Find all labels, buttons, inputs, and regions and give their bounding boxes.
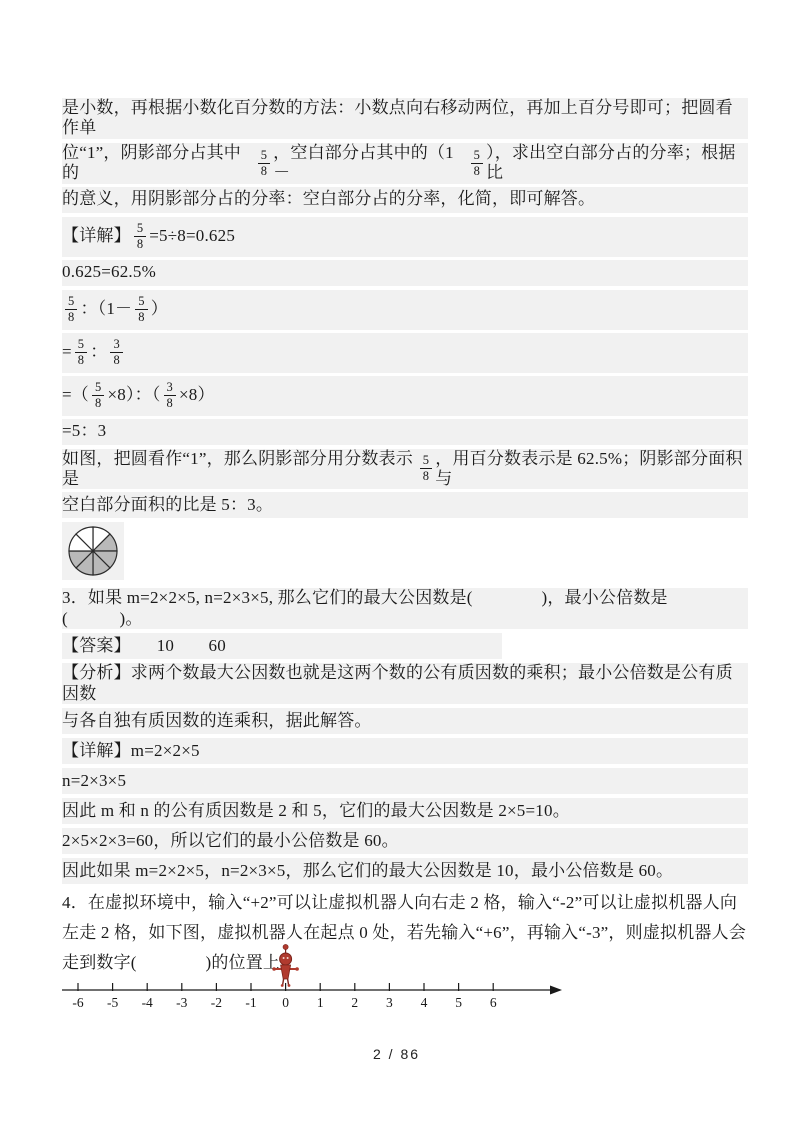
text-run: ： (90, 342, 107, 362)
fraction-numerator: 5 (75, 338, 87, 353)
fraction: 58 (65, 295, 77, 324)
fraction: 58 (92, 381, 104, 410)
text-run: =5÷8=0.625 (149, 226, 235, 246)
fraction-denominator: 8 (135, 310, 147, 324)
text-run: 是小数，再根据小数化百分数的方法：小数点向右移动两位，再加上百分号即可；把圆看作… (62, 98, 748, 139)
text-run: 空白部分面积的比是 5：3。 (62, 495, 273, 515)
page-footer: 2 / 86 (0, 1046, 793, 1062)
line-conclusion-q2-1: 如图，把圆看作“1”，那么阴影部分用分数表示是58，用百分数表示是 62.5%；… (62, 449, 748, 490)
fraction: 58 (75, 338, 87, 367)
tick-label: 6 (490, 995, 497, 1010)
line-detail-q2-6: =5：3 (62, 419, 748, 445)
pie-chart-icon (67, 525, 119, 577)
tick-label: 2 (351, 995, 358, 1010)
tick-label: 0 (282, 995, 289, 1010)
text-run: = (62, 342, 72, 362)
line-analysis-cont-1: 是小数，再根据小数化百分数的方法：小数点向右移动两位，再加上百分号即可；把圆看作… (62, 98, 748, 139)
fraction-numerator: 3 (164, 381, 176, 396)
tick-label: 4 (421, 995, 428, 1010)
tick-label: -6 (72, 995, 83, 1010)
tick-label: -5 (107, 995, 118, 1010)
fraction: 58 (471, 149, 483, 178)
fraction: 58 (258, 149, 270, 178)
tick-label: 5 (455, 995, 462, 1010)
number-line-figure: -6-5-4-3-2-10123456 (62, 928, 642, 1018)
fraction-denominator: 8 (75, 353, 87, 367)
text-run: 因此如果 m=2×2×5，n=2×3×5，那么它们的最大公因数是 10，最小公倍… (62, 861, 673, 881)
text-run: ） (151, 299, 168, 319)
line-detail-q2-1: 【详解】58=5÷8=0.625 (62, 217, 748, 257)
fraction-numerator: 5 (471, 149, 483, 164)
number-line-svg: -6-5-4-3-2-10123456 (62, 928, 642, 1018)
line-detail-q3-3: 因此 m 和 n 的公有质因数是 2 和 5，它们的最大公因数是 2×5=10。 (62, 798, 748, 824)
fraction-denominator: 8 (420, 469, 432, 483)
text-run: ，空白部分占其中的（1－ (273, 143, 467, 184)
line-detail-q2-2: 0.625=62.5% (62, 260, 748, 286)
fraction-numerator: 5 (65, 295, 77, 310)
fraction: 58 (420, 454, 432, 483)
robot-icon (272, 944, 299, 987)
line-question-4-1: 4．在虚拟环境中，输入“+2”可以让虚拟机器人向右走 2 格，输入“-2”可以让… (62, 890, 748, 916)
text-run: 与各自独有质因数的连乘积，据此解答。 (62, 711, 372, 731)
fraction: 38 (110, 338, 122, 367)
text-run: 2×5×2×3=60，所以它们的最小公倍数是 60。 (62, 831, 399, 851)
text-run: 0.625=62.5% (62, 262, 156, 282)
fraction-denominator: 8 (258, 164, 270, 178)
text-run: 【答案】 10 60 (62, 636, 226, 656)
text-run: 4．在虚拟环境中，输入“+2”可以让虚拟机器人向右走 2 格，输入“-2”可以让… (62, 893, 737, 913)
fraction-denominator: 8 (92, 396, 104, 410)
line-analysis-cont-3: 的意义，用阴影部分占的分率：空白部分占的分率，化简，即可解答。 (62, 187, 748, 213)
content-lines: 是小数，再根据小数化百分数的方法：小数点向右移动两位，再加上百分号即可；把圆看作… (62, 98, 748, 980)
text-run: ，用百分数表示是 62.5%；阴影部分面积与 (435, 449, 748, 490)
text-run: 因此 m 和 n 的公有质因数是 2 和 5，它们的最大公因数是 2×5=10。 (62, 801, 570, 821)
text-run: n=2×3×5 (62, 771, 126, 791)
text-run: 3．如果 m=2×2×5, n=2×3×5, 那么它们的最大公因数是( )，最小… (62, 588, 748, 629)
fraction-denominator: 8 (134, 237, 146, 251)
text-run: ×8）：（ (107, 385, 160, 405)
line-detail-q3-5: 因此如果 m=2×2×5，n=2×3×5，那么它们的最大公因数是 10，最小公倍… (62, 858, 748, 884)
line-analysis-q3-2: 与各自独有质因数的连乘积，据此解答。 (62, 708, 748, 734)
fraction-denominator: 8 (164, 396, 176, 410)
line-question-3: 3．如果 m=2×2×5, n=2×3×5, 那么它们的最大公因数是( )，最小… (62, 588, 748, 629)
line-detail-q2-4: =58：38 (62, 333, 748, 373)
fraction-denominator: 8 (65, 310, 77, 324)
text-run: ），求出空白部分占的分率；根据比 (486, 143, 748, 184)
text-run: =（ (62, 385, 89, 405)
line-detail-q3-2: n=2×3×5 (62, 768, 748, 794)
fraction-numerator: 5 (420, 454, 432, 469)
fraction-denominator: 8 (110, 353, 122, 367)
text-run: 【详解】 (62, 226, 131, 246)
line-detail-q2-5: =（58×8）：（38×8） (62, 376, 748, 416)
fraction-numerator: 5 (134, 222, 146, 237)
tick-label: -1 (245, 995, 256, 1010)
document-page: { "page": { "width": 793, "height": 1122… (0, 0, 793, 1122)
page-number-label: 2 / 86 (373, 1046, 420, 1062)
text-run: 位“1”，阴影部分占其中的 (62, 143, 255, 184)
text-run: 如图，把圆看作“1”，那么阴影部分用分数表示是 (62, 449, 417, 490)
text-run: =5：3 (62, 421, 106, 441)
line-analysis-cont-2: 位“1”，阴影部分占其中的58，空白部分占其中的（1－58），求出空白部分占的分… (62, 143, 748, 184)
line-conclusion-q2-2: 空白部分面积的比是 5：3。 (62, 492, 748, 518)
line-answer-q3: 【答案】 10 60 (62, 633, 502, 659)
tick-label: 1 (317, 995, 324, 1010)
text-run: 【分析】求两个数最大公因数也就是这两个数的公有质因数的乘积；最小公倍数是公有质因… (62, 663, 748, 704)
fraction-numerator: 3 (110, 338, 122, 353)
fraction: 38 (164, 381, 176, 410)
line-detail-q2-3: 58：（1－58） (62, 290, 748, 330)
text-run: ×8） (179, 385, 215, 405)
fraction-numerator: 5 (135, 295, 147, 310)
fraction-numerator: 5 (258, 149, 270, 164)
line-detail-q3-4: 2×5×2×3=60，所以它们的最小公倍数是 60。 (62, 828, 748, 854)
fraction: 58 (135, 295, 147, 324)
tick-label: -2 (211, 995, 222, 1010)
text-run: ：（1－ (80, 299, 132, 319)
tick-label: -4 (142, 995, 153, 1010)
fraction: 58 (134, 222, 146, 251)
axis-arrow-icon (550, 986, 562, 995)
tick-label: 3 (386, 995, 393, 1010)
pie-figure (62, 522, 124, 580)
text-run: 的意义，用阴影部分占的分率：空白部分占的分率，化简，即可解答。 (62, 189, 595, 209)
text-run: 【详解】m=2×2×5 (62, 741, 200, 761)
fraction-denominator: 8 (471, 164, 483, 178)
line-analysis-q3-1: 【分析】求两个数最大公因数也就是这两个数的公有质因数的乘积；最小公倍数是公有质因… (62, 663, 748, 704)
line-detail-q3-1: 【详解】m=2×2×5 (62, 738, 748, 764)
fraction-numerator: 5 (92, 381, 104, 396)
tick-label: -3 (176, 995, 187, 1010)
